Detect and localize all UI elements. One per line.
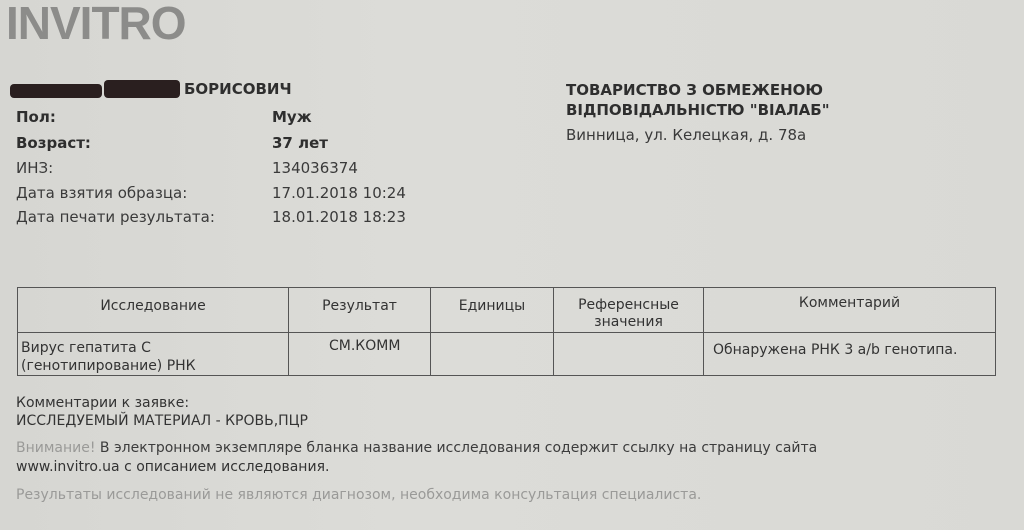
cell-units xyxy=(431,333,554,376)
column-header-comment: Комментарий xyxy=(704,288,996,333)
cell-test: Вирус гепатита С (генотипирование) РНК xyxy=(18,333,289,376)
website-link[interactable]: www.invitro.ua с описанием исследования. xyxy=(16,459,329,475)
notice-text: В электронном экземпляре бланка название… xyxy=(95,440,817,456)
lab-address: Винница, ул. Келецкая, д. 78а xyxy=(566,126,806,144)
cell-comment: Обнаружена РНК 3 a/b генотипа. xyxy=(704,333,996,376)
lab-name-line2: ВІДПОВІДАЛЬНІСТЮ "ВІАЛАБ" xyxy=(566,100,830,121)
ref-line2: значения xyxy=(554,314,703,331)
sex-value: Муж xyxy=(272,108,312,126)
print-date-label: Дата печати результата: xyxy=(16,208,215,226)
test-name-line2: (генотипирование) РНК xyxy=(21,357,288,375)
invitro-logo: INVITRO xyxy=(6,0,186,50)
notice-prefix: Внимание! xyxy=(16,440,95,456)
cell-reference xyxy=(554,333,704,376)
inz-value: 134036374 xyxy=(272,159,358,177)
redacted-surname xyxy=(10,84,102,98)
column-header-result: Результат xyxy=(289,288,431,333)
lab-name-line1: ТОВАРИСТВО З ОБМЕЖЕНОЮ xyxy=(566,80,823,101)
table-row: Вирус гепатита С (генотипирование) РНК С… xyxy=(18,333,996,376)
comments-label: Комментарии к заявке: xyxy=(16,395,189,411)
print-date-value: 18.01.2018 18:23 xyxy=(272,208,406,226)
ref-line1: Референсные xyxy=(554,288,703,314)
notice: Внимание! В электронном экземпляре бланк… xyxy=(16,440,817,456)
table-header-row: Исследование Результат Единицы Референсн… xyxy=(18,288,996,333)
column-header-reference: Референсные значения xyxy=(554,288,704,333)
column-header-units: Единицы xyxy=(431,288,554,333)
disclaimer: Результаты исследований не являются диаг… xyxy=(16,487,701,503)
sample-date-label: Дата взятия образца: xyxy=(16,184,187,202)
column-header-test: Исследование xyxy=(18,288,289,333)
inz-label: ИНЗ: xyxy=(16,159,53,177)
results-table: Исследование Результат Единицы Референсн… xyxy=(17,287,996,376)
sex-label: Пол: xyxy=(16,108,56,126)
sample-date-value: 17.01.2018 10:24 xyxy=(272,184,406,202)
age-label: Возраст: xyxy=(16,134,91,152)
test-name-line1: Вирус гепатита С xyxy=(21,339,288,357)
comments-value: ИССЛЕДУЕМЫЙ МАТЕРИАЛ - КРОВЬ,ПЦР xyxy=(16,413,308,429)
age-value: 37 лет xyxy=(272,134,328,152)
patient-patronymic: БОРИСОВИЧ xyxy=(184,80,292,98)
redacted-first-name xyxy=(104,80,180,98)
cell-result: СМ.КОММ xyxy=(289,333,431,376)
